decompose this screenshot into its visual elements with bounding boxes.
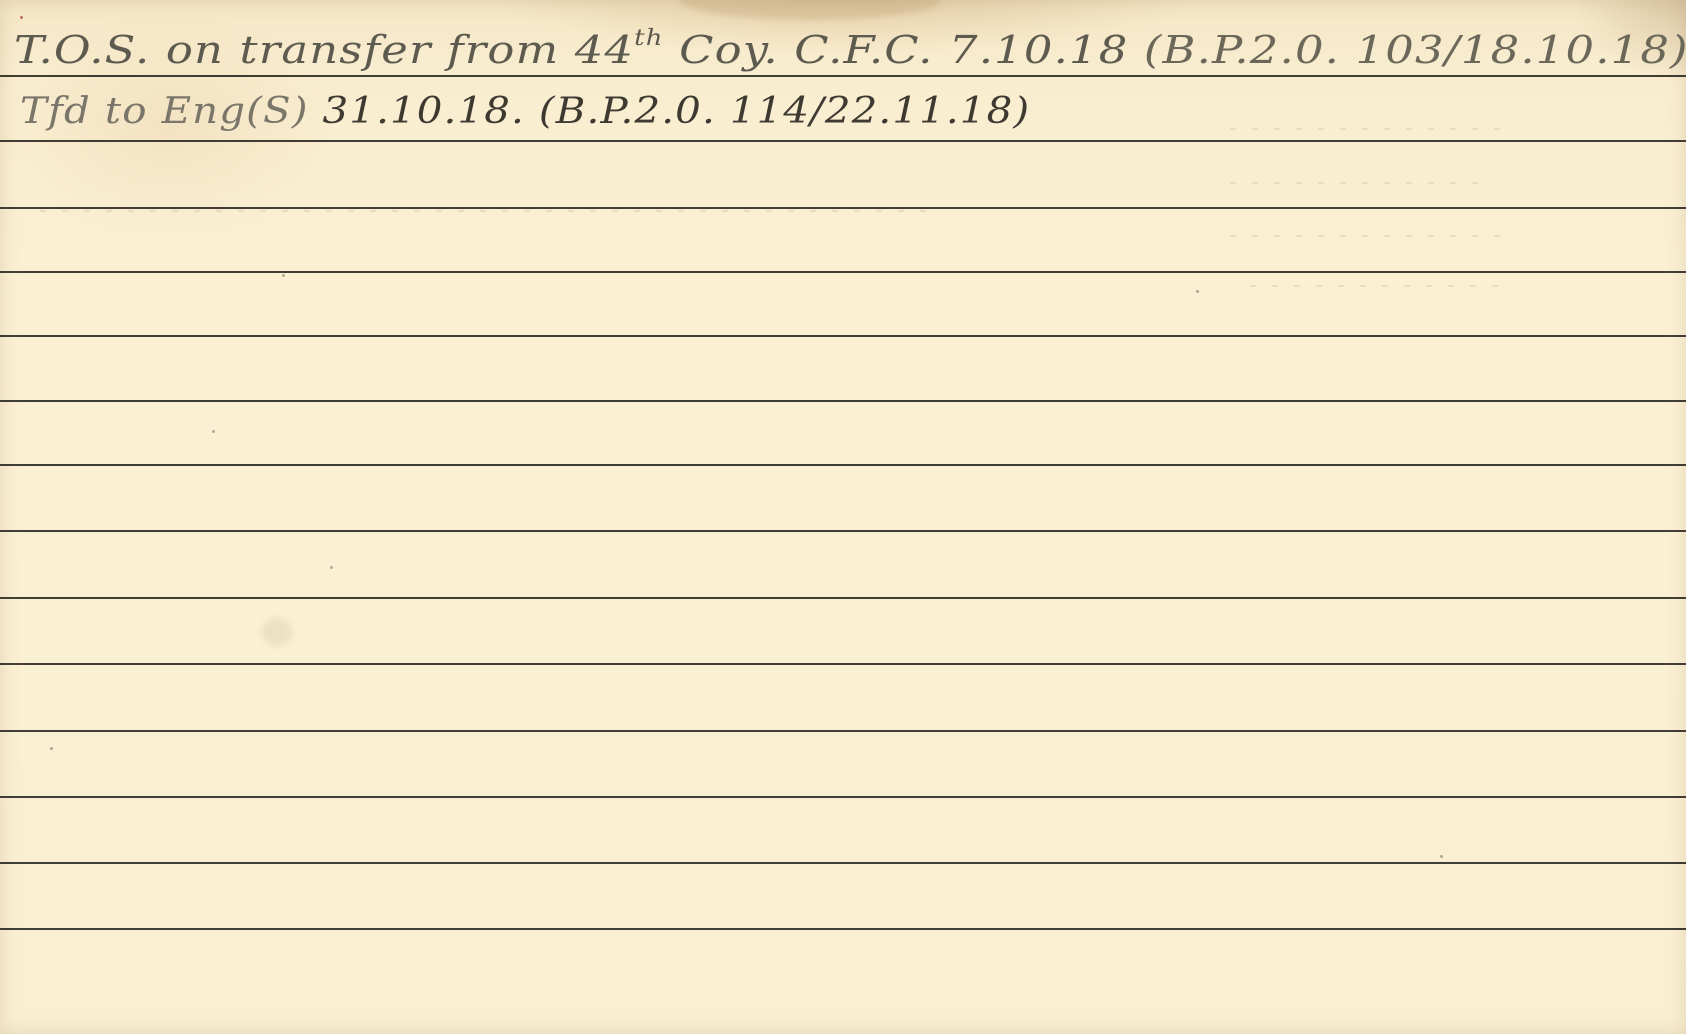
ruled-line (0, 663, 1686, 665)
paper-stain (262, 618, 292, 646)
ruled-line (0, 207, 1686, 209)
ruled-line (0, 530, 1686, 532)
ruled-line (0, 335, 1686, 337)
ruled-line (0, 464, 1686, 466)
ruled-line (0, 75, 1686, 77)
show-through-marks (1230, 182, 1480, 184)
paper-speck (50, 747, 53, 750)
show-through-marks (1250, 285, 1510, 287)
ruled-line (0, 796, 1686, 798)
entry-2-date: 31.10.18. (309, 91, 525, 132)
ruled-line (0, 928, 1686, 930)
ruled-line (0, 730, 1686, 732)
entry-1-ordinal: th (634, 26, 664, 51)
ruled-line (0, 597, 1686, 599)
paper-speck (1196, 290, 1199, 293)
entry-1-unit-date: Coy. C.F.C. 7.10.18 (664, 28, 1129, 72)
paper-speck (282, 274, 285, 277)
ruled-line (0, 140, 1686, 142)
paper-speck (1440, 855, 1443, 858)
paper-speck (330, 566, 333, 569)
entry-2-text: Tfd to Eng(S) (20, 91, 309, 132)
entry-2-reference: (B.P.2.0. 114/22.11.18) (525, 91, 1030, 132)
show-through-marks (1230, 128, 1510, 130)
ruled-line (0, 862, 1686, 864)
record-entry-2: Tfd to Eng(S) 31.10.18. (B.P.2.0. 114/22… (20, 94, 1030, 130)
ruled-line (0, 400, 1686, 402)
ruled-line (0, 271, 1686, 273)
entry-1-reference: (B.P.2.0. 103/18.10.18) (1128, 28, 1686, 72)
paper-speck (20, 16, 23, 19)
record-entry-1: T.O.S. on transfer from 44th Coy. C.F.C.… (14, 28, 1686, 69)
show-through-marks (40, 210, 940, 212)
record-card: T.O.S. on transfer from 44th Coy. C.F.C.… (0, 0, 1686, 1034)
show-through-marks (1230, 235, 1500, 237)
entry-1-text: T.O.S. on transfer from 44 (14, 28, 634, 72)
paper-speck (212, 430, 215, 433)
paper-stain (680, 0, 940, 20)
